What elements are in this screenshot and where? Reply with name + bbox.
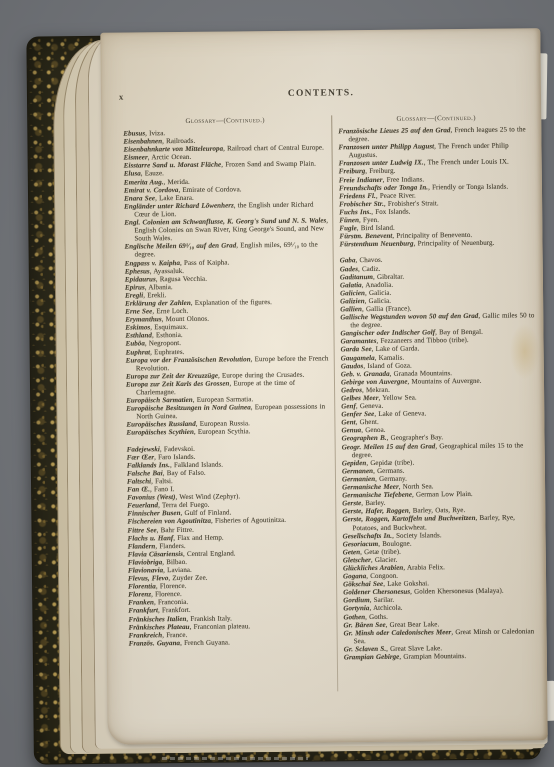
entry-definition: , Kamalis. xyxy=(375,353,405,361)
entry-definition: , Flanders. xyxy=(155,542,185,550)
entry-term: Fadejewski xyxy=(127,445,160,453)
entry-definition: , Franconia. xyxy=(154,598,188,606)
entry-definition: , Congoon. xyxy=(366,572,398,580)
entry-definition: , Fezzaneers and Tibboo (tribe). xyxy=(376,336,468,345)
entry-term: Eregli xyxy=(125,291,143,299)
entry-term: Florenz xyxy=(128,591,151,599)
entry-term: Eisstarre Sand u. Morast Fläche xyxy=(124,161,222,170)
entry-definition: , Esquimaux. xyxy=(150,323,188,331)
entry-term: Germanen xyxy=(342,467,373,475)
entry-definition: , Glacier. xyxy=(371,556,397,564)
entry-term: Flandern xyxy=(128,542,156,550)
entry-definition: , Galicia. xyxy=(365,297,391,305)
entry-definition: , Railroads. xyxy=(162,137,195,145)
entry-term: Gallien xyxy=(340,305,362,313)
entry-term: Gortynia xyxy=(343,604,369,612)
entry-definition: , Galicia. xyxy=(365,289,391,297)
entry-definition: , Cadiz. xyxy=(358,264,380,272)
entry-definition: , Emirate of Cordova. xyxy=(178,185,241,194)
entry-definition: , Grampian Mountains. xyxy=(399,652,466,661)
entry-definition: , Iviza. xyxy=(145,129,165,137)
entry-term: Germanien xyxy=(342,475,375,483)
entry-definition: , Florence. xyxy=(151,590,182,598)
entry-definition: , Genoa. xyxy=(361,426,385,434)
entry-term: Gothen xyxy=(343,613,365,621)
entry-definition: , Explanation of the figures. xyxy=(191,298,272,307)
entry-term: Gaba xyxy=(340,257,356,265)
entry-term: Franken xyxy=(128,599,154,607)
entry-term: Erymanthus xyxy=(125,315,161,323)
entry-term: Galicien xyxy=(340,289,365,297)
entry-term: Fuchs Ins. xyxy=(339,208,371,216)
glossary-entries-right: Französische Lieues 25 auf den Grad, Fre… xyxy=(338,125,540,661)
entry-definition: , Chavos. xyxy=(355,256,382,264)
entry-definition: , Principality of Neuenburg. xyxy=(414,239,495,248)
entry-term: Gerste xyxy=(342,499,361,507)
entry-definition: , Frankfort. xyxy=(158,606,191,614)
entry-term: Gr. Minsh oder Caledonisches Meer xyxy=(344,628,452,637)
entry-term: Fittre See xyxy=(127,526,156,534)
entry-definition: , Goths. xyxy=(365,612,388,620)
entry-term: Euphrat xyxy=(126,348,151,356)
entry-term: Gordium xyxy=(343,596,370,604)
entry-term: Europa vor der Französischen Revolution xyxy=(126,355,251,364)
entry-definition: , Erekli. xyxy=(143,291,166,299)
entry-term: Gaudos xyxy=(341,362,364,370)
entry-term: Fugle xyxy=(339,224,356,232)
entry-term: Französische Lieues 25 auf den Grad xyxy=(338,126,450,135)
glossary-entry: Grampian Gebirge, Grampian Mountains. xyxy=(344,651,540,661)
entry-term: Faltschi xyxy=(127,477,151,485)
entry-definition: , Euphrates. xyxy=(150,347,184,355)
entry-definition: , Bird Island. xyxy=(357,224,395,232)
entry-term: Genfer See xyxy=(341,410,374,418)
entry-definition: , Ragusa Vecchia. xyxy=(156,274,207,283)
entry-term: Flaviobriga xyxy=(128,558,162,566)
entry-definition: , Geneva. xyxy=(356,402,384,410)
entry-definition: , West Wind (Zephyr). xyxy=(175,493,240,502)
entry-term: Genf xyxy=(341,402,356,410)
entry-definition: , Mountains of Auvergne. xyxy=(407,377,481,386)
entry-term: Falsche Bai xyxy=(127,469,163,477)
entry-definition: , Franconian plateau. xyxy=(190,622,251,631)
entry-definition: , Lake of Garda. xyxy=(372,345,420,353)
entry-definition: , Mekran. xyxy=(362,386,390,394)
entry-definition: , Railroad chart of Central Europe. xyxy=(223,144,324,153)
entry-definition: , Zuyder Zee. xyxy=(168,574,207,582)
entry-term: Ephesus xyxy=(125,267,150,275)
entry-definition: , Freiburg. xyxy=(365,167,395,175)
entry-term: Europäisches Scythien xyxy=(126,428,193,437)
entry-definition: , Bay of Falso. xyxy=(163,469,206,477)
entry-term: Fær Œer xyxy=(127,453,154,461)
entry-term: Gaugamela xyxy=(341,354,375,362)
entry-definition: , Central England. xyxy=(183,549,236,558)
photo-background: x CONTENTS. Glossary—(Continued.) Ebusus… xyxy=(0,0,554,767)
entry-term: Engländer unter Richard Löwenherz xyxy=(124,201,234,210)
entry-definition: , Barley. xyxy=(361,499,385,507)
entry-term: Europa zur Zeit Karls des Grossen xyxy=(126,379,229,388)
entry-term: Gogana xyxy=(343,572,366,580)
entry-term: Gelbes Meer xyxy=(341,394,378,402)
entry-term: Frankfurt xyxy=(128,607,158,615)
entry-term: Eskimos xyxy=(125,324,150,332)
entry-definition: , Esthonia. xyxy=(152,331,183,339)
entry-definition: , France. xyxy=(162,631,187,639)
entry-term: Erne See xyxy=(125,307,152,315)
entry-definition: , The French under Louis IX. xyxy=(424,158,509,167)
entry-definition: , Gibraltar. xyxy=(373,272,404,280)
entry-definition: , Pass of Kaipha. xyxy=(180,258,229,267)
entry-term: Flavionavia xyxy=(128,566,163,574)
entry-term: Euböa xyxy=(126,340,145,348)
entry-definition: , Yellow Sea. xyxy=(378,394,416,402)
entry-term: Esthland xyxy=(125,332,152,340)
entry-definition: , Merida. xyxy=(163,177,189,185)
entry-term: Fünen xyxy=(339,216,359,224)
entry-definition: , European Scythia. xyxy=(194,428,251,437)
entry-term: Genua xyxy=(341,426,361,434)
entry-definition: , Lake of Geneva. xyxy=(374,410,426,419)
entry-definition: , Falkland Islands. xyxy=(170,460,223,469)
glossary-entry: Engl. Colonien am Schwanflusse, K. Georg… xyxy=(124,216,328,242)
entry-term: Gaditanum xyxy=(340,273,373,281)
photo-caption-illegible xyxy=(162,757,308,760)
entry-term: Fan Œ. xyxy=(127,485,150,493)
entry-definition: , Fadevskoi. xyxy=(160,444,195,452)
entry-definition: , Eauze. xyxy=(141,170,164,178)
entry-term: Franzosen unter Philipp August xyxy=(338,143,434,152)
entry-term: Eismeer xyxy=(124,154,148,162)
entry-term: Fürstenthum Neuenburg xyxy=(340,240,414,249)
entry-definition: , Atchicola. xyxy=(369,604,402,612)
entry-definition: , Ghent. xyxy=(356,418,379,426)
entry-term: Gades xyxy=(340,265,358,273)
entry-term: Französ. Guyana xyxy=(129,639,180,648)
glossary-entry: Französ. Guyana, French Guyana. xyxy=(129,637,333,647)
entry-definition: , Florence. xyxy=(156,582,187,590)
glossary-column-right: Glossary—(Continued.) Französische Lieue… xyxy=(338,114,540,661)
entry-term: Feuerland xyxy=(127,501,158,509)
entry-definition: , French Guyana. xyxy=(180,638,230,647)
entry-term: Epidaurus xyxy=(125,275,156,283)
entry-term: Friedens Fl. xyxy=(339,192,376,200)
entry-definition: , Fano I. xyxy=(150,485,175,493)
contents-page: x CONTENTS. Glossary—(Continued.) Ebusus… xyxy=(100,28,547,745)
entry-definition: , Arabia Felix. xyxy=(403,563,445,571)
entry-term: Frankreich xyxy=(129,631,163,639)
entry-definition: , Frozen Sand and Swamp Plain. xyxy=(221,160,316,169)
entry-term: Garamantes xyxy=(341,337,377,345)
entry-term: Enara See xyxy=(124,194,155,202)
entry-term: Garda See xyxy=(341,345,372,353)
entry-definition: , Albania. xyxy=(145,283,173,291)
entry-definition: , Frobisher's Strait. xyxy=(384,199,439,208)
entry-term: Englische Meilen 69¹⁄₁₀ auf den Grad xyxy=(125,242,237,251)
entry-definition: , Golden Khersonesus (Malaya). xyxy=(410,587,504,596)
entry-definition: , German Low Plain. xyxy=(412,490,473,499)
entry-term: Grampian Gebirge xyxy=(344,653,400,662)
entry-term: Elusa xyxy=(124,170,141,178)
entry-term: Gebirge von Auvergne xyxy=(341,377,408,386)
glossary-entries-left: Ebusus, Iviza.Eisenbahnen, Railroads.Eis… xyxy=(123,127,332,647)
atlas-book: x CONTENTS. Glossary—(Continued.) Ebusus… xyxy=(0,0,554,767)
entry-definition: , Bay of Bengal. xyxy=(435,328,483,336)
entry-definition: , Flax and Hemp. xyxy=(173,533,224,542)
entry-definition: , Boulogne. xyxy=(378,539,412,547)
entry-term: Gent xyxy=(341,418,355,426)
entry-term: Europäische Besitzungen in Nord Guinea xyxy=(126,403,251,412)
entry-term: Gepiden xyxy=(342,459,367,467)
page-title: CONTENTS. xyxy=(101,86,541,101)
entry-term: Ebusus xyxy=(123,129,145,137)
entry-definition: , Faltsi. xyxy=(151,477,173,485)
entry-term: Freiburg xyxy=(339,168,366,176)
entry-term: Geogr. Meilen 15 auf den Grad xyxy=(342,442,436,451)
entry-definition: , Germany. xyxy=(375,475,407,483)
entry-definition: , Anadolia. xyxy=(362,280,394,288)
entry-term: Galatia xyxy=(340,281,362,289)
column-header-left: Glossary—(Continued.) xyxy=(123,116,327,125)
entry-definition: , Fisheries of Agoutinitza. xyxy=(211,516,286,525)
entry-definition: , Bilbao. xyxy=(162,558,187,566)
glossary-column-left: Glossary—(Continued.) Ebusus, Iviza.Eise… xyxy=(123,116,333,647)
entry-definition: , Laviana. xyxy=(163,566,192,574)
entry-term: Germanische Tiefebene xyxy=(342,491,412,500)
entry-term: Eisenbahnen xyxy=(123,137,162,145)
entry-definition: , Gepidæ (tribe). xyxy=(366,458,414,467)
entry-term: Gedros xyxy=(341,386,362,394)
entry-definition: , Mount Olonos. xyxy=(162,315,210,323)
entry-term: Geten xyxy=(343,548,360,556)
entry-definition: , Society Islands. xyxy=(392,531,442,540)
entry-definition: , Lake Enara. xyxy=(155,194,194,202)
entry-term: Gletscher xyxy=(343,556,371,564)
entry-term: Gallische Wegstunden wovon 50 auf den Gr… xyxy=(340,312,478,321)
entry-definition: , Bahr Fittre. xyxy=(157,525,194,533)
entry-definition: , Ayassaluk. xyxy=(150,267,184,275)
entry-term: Gesoriacum xyxy=(343,540,379,548)
column-header-right: Glossary—(Continued.) xyxy=(338,114,534,123)
entry-definition: , North Sea. xyxy=(399,482,434,490)
entry-term: Florentia xyxy=(128,582,156,590)
entry-definition: , Fyen. xyxy=(359,216,379,224)
entry-definition: , Germans. xyxy=(373,467,405,475)
entry-definition: , Sarilar. xyxy=(370,596,395,604)
entry-term: Epirus xyxy=(125,283,145,291)
entry-term: Galizien xyxy=(340,297,365,305)
entry-definition: , Erne Loch. xyxy=(152,307,188,315)
entry-definition: , Friendly or Tonga Islands. xyxy=(428,182,508,191)
entry-definition: , Negropont. xyxy=(145,339,181,347)
entry-definition: , Fox Islands. xyxy=(371,208,410,216)
entry-term: Goldener Chersonesus xyxy=(343,588,410,597)
